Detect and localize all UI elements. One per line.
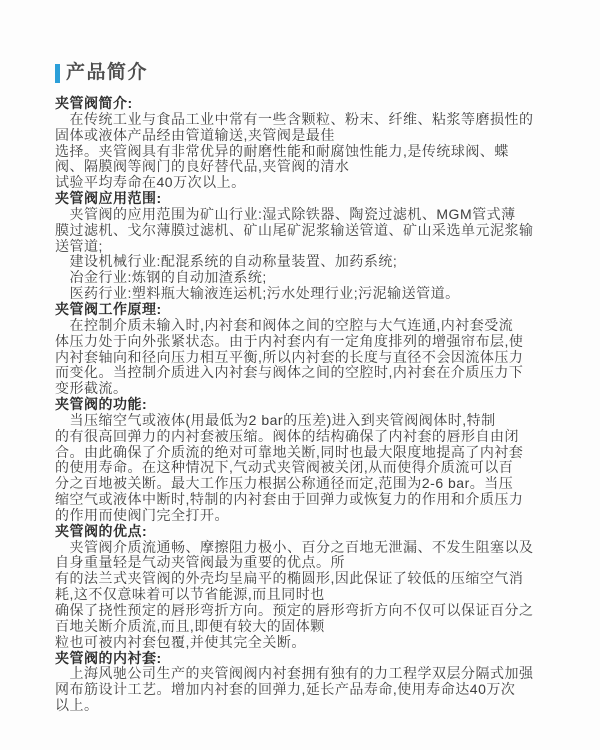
text-line: 百地关断介质流,而且,即便有较大的固体颗 <box>55 619 562 635</box>
section-heading: 夹管阀的优点: <box>55 524 562 540</box>
text-line: 选择。夹管阀具有非常优异的耐磨性能和耐腐蚀性能力,是传统球阀、蝶 <box>55 144 562 160</box>
text-line: 的有很高回弹力的内衬套被压缩。阀体的结构确保了内衬套的唇形自由闭 <box>55 429 562 445</box>
text-line: 体压力处于向外张紧状态。由于内衬套内有一定角度排列的增强帘布层,使 <box>55 334 562 350</box>
text-line: 夹管阀介质流通畅、摩擦阻力极小、百分之百地无泄漏、不发生阻塞以及 <box>55 540 562 556</box>
text-line: 冶金行业:炼钢的自动加渣系统; <box>55 270 562 286</box>
text-line: 送管道; <box>55 239 562 255</box>
text-line: 而变化。当控制介质进入内衬套与阀体之间的空腔时,内衬套在介质压力下 <box>55 365 562 381</box>
text-line: 有的法兰式夹管阀的外壳均呈扁平的椭圆形,因此保证了较低的压缩空气消 <box>55 571 562 587</box>
text-line: 的作用而使阀门完全打开。 <box>55 508 562 524</box>
text-line: 阀、隔膜阀等阀门的良好替代品,夹管阀的清水 <box>55 159 562 175</box>
text-line: 耗,这不仅意味着可以节省能源,而且同时也 <box>55 587 562 603</box>
section-heading: 夹管阀应用范围: <box>55 191 562 207</box>
text-line: 医药行业:塑料瓶大输液连运机;污水处理行业;污泥输送管道。 <box>55 286 562 302</box>
text-line: 建设机械行业:配混系统的自动称量装置、加药系统; <box>55 254 562 270</box>
section-heading: 夹管阀工作原理: <box>55 302 562 318</box>
section-heading: 夹管阀的内衬套: <box>55 651 562 667</box>
text-line: 确保了挠性预定的唇形弯折方向。预定的唇形弯折方向不仅可以保证百分之 <box>55 603 562 619</box>
text-line: 缩空气或液体中断时,特制的内衬套由于回弹力或恢复力的作用和介质压力 <box>55 492 562 508</box>
title-accent-bar <box>55 64 60 83</box>
text-line: 当压缩空气或液体(用最低为2 bar的压差)进入到夹管阀阀体时,特制 <box>55 413 562 429</box>
text-line: 合。由此确保了介质流的绝对可靠地关断,同时也最大限度地提高了内衬套 <box>55 445 562 461</box>
text-line: 在传统工业与食品工业中常有一些含颗粒、粉末、纤维、粘浆等磨损性的 <box>55 112 562 128</box>
section-heading: 夹管阀的功能: <box>55 397 562 413</box>
product-intro-page: 产品简介 夹管阀简介: 在传统工业与食品工业中常有一些含颗粒、粉末、纤维、粘浆等… <box>0 0 600 750</box>
text-line: 以上。 <box>55 698 562 714</box>
text-line: 膜过滤机、戈尔薄膜过滤机、矿山尾矿泥浆输送管道、矿山采选单元泥浆输 <box>55 223 562 239</box>
text-line: 分之百地被关断。最大工作压力根据公称通径而定,范围为2-6 bar。当压 <box>55 476 562 492</box>
page-title-row: 产品简介 <box>55 63 562 83</box>
text-line: 在控制介质未输入时,内衬套和阀体之间的空腔与大气连通,内衬套受流 <box>55 318 562 334</box>
text-line: 自身重量轻是气动夹管阀最为重要的优点。所 <box>55 555 562 571</box>
sections-container: 夹管阀简介: 在传统工业与食品工业中常有一些含颗粒、粉末、纤维、粘浆等磨损性的固… <box>55 96 562 714</box>
text-line: 网布筋设计工艺。增加内衬套的回弹力,延长产品寿命,使用寿命达40万次 <box>55 682 562 698</box>
text-line: 的使用寿命。在这种情况下,气动式夹管阀被关闭,从而使得介质流可以百 <box>55 460 562 476</box>
text-line: 粒也可被内衬套包覆,并使其完全关断。 <box>55 635 562 651</box>
text-line: 夹管阀的应用范围为矿山行业:湿式除铁器、陶瓷过滤机、MGM管式薄 <box>55 207 562 223</box>
page-title: 产品简介 <box>66 63 148 83</box>
text-line: 上海风驰公司生产的夹管阀阀内衬套拥有独有的力工程学双层分隔式加强 <box>55 666 562 682</box>
text-line: 固体或液体产品经由管道输送,夹管阀是最佳 <box>55 128 562 144</box>
section-heading: 夹管阀简介: <box>55 96 562 112</box>
text-line: 内衬套轴向和径向压力相互平衡,所以内衬套的长度与直径不会因流体压力 <box>55 350 562 366</box>
text-line: 变形截流。 <box>55 381 562 397</box>
text-line: 试验平均寿命在40万次以上。 <box>55 175 562 191</box>
